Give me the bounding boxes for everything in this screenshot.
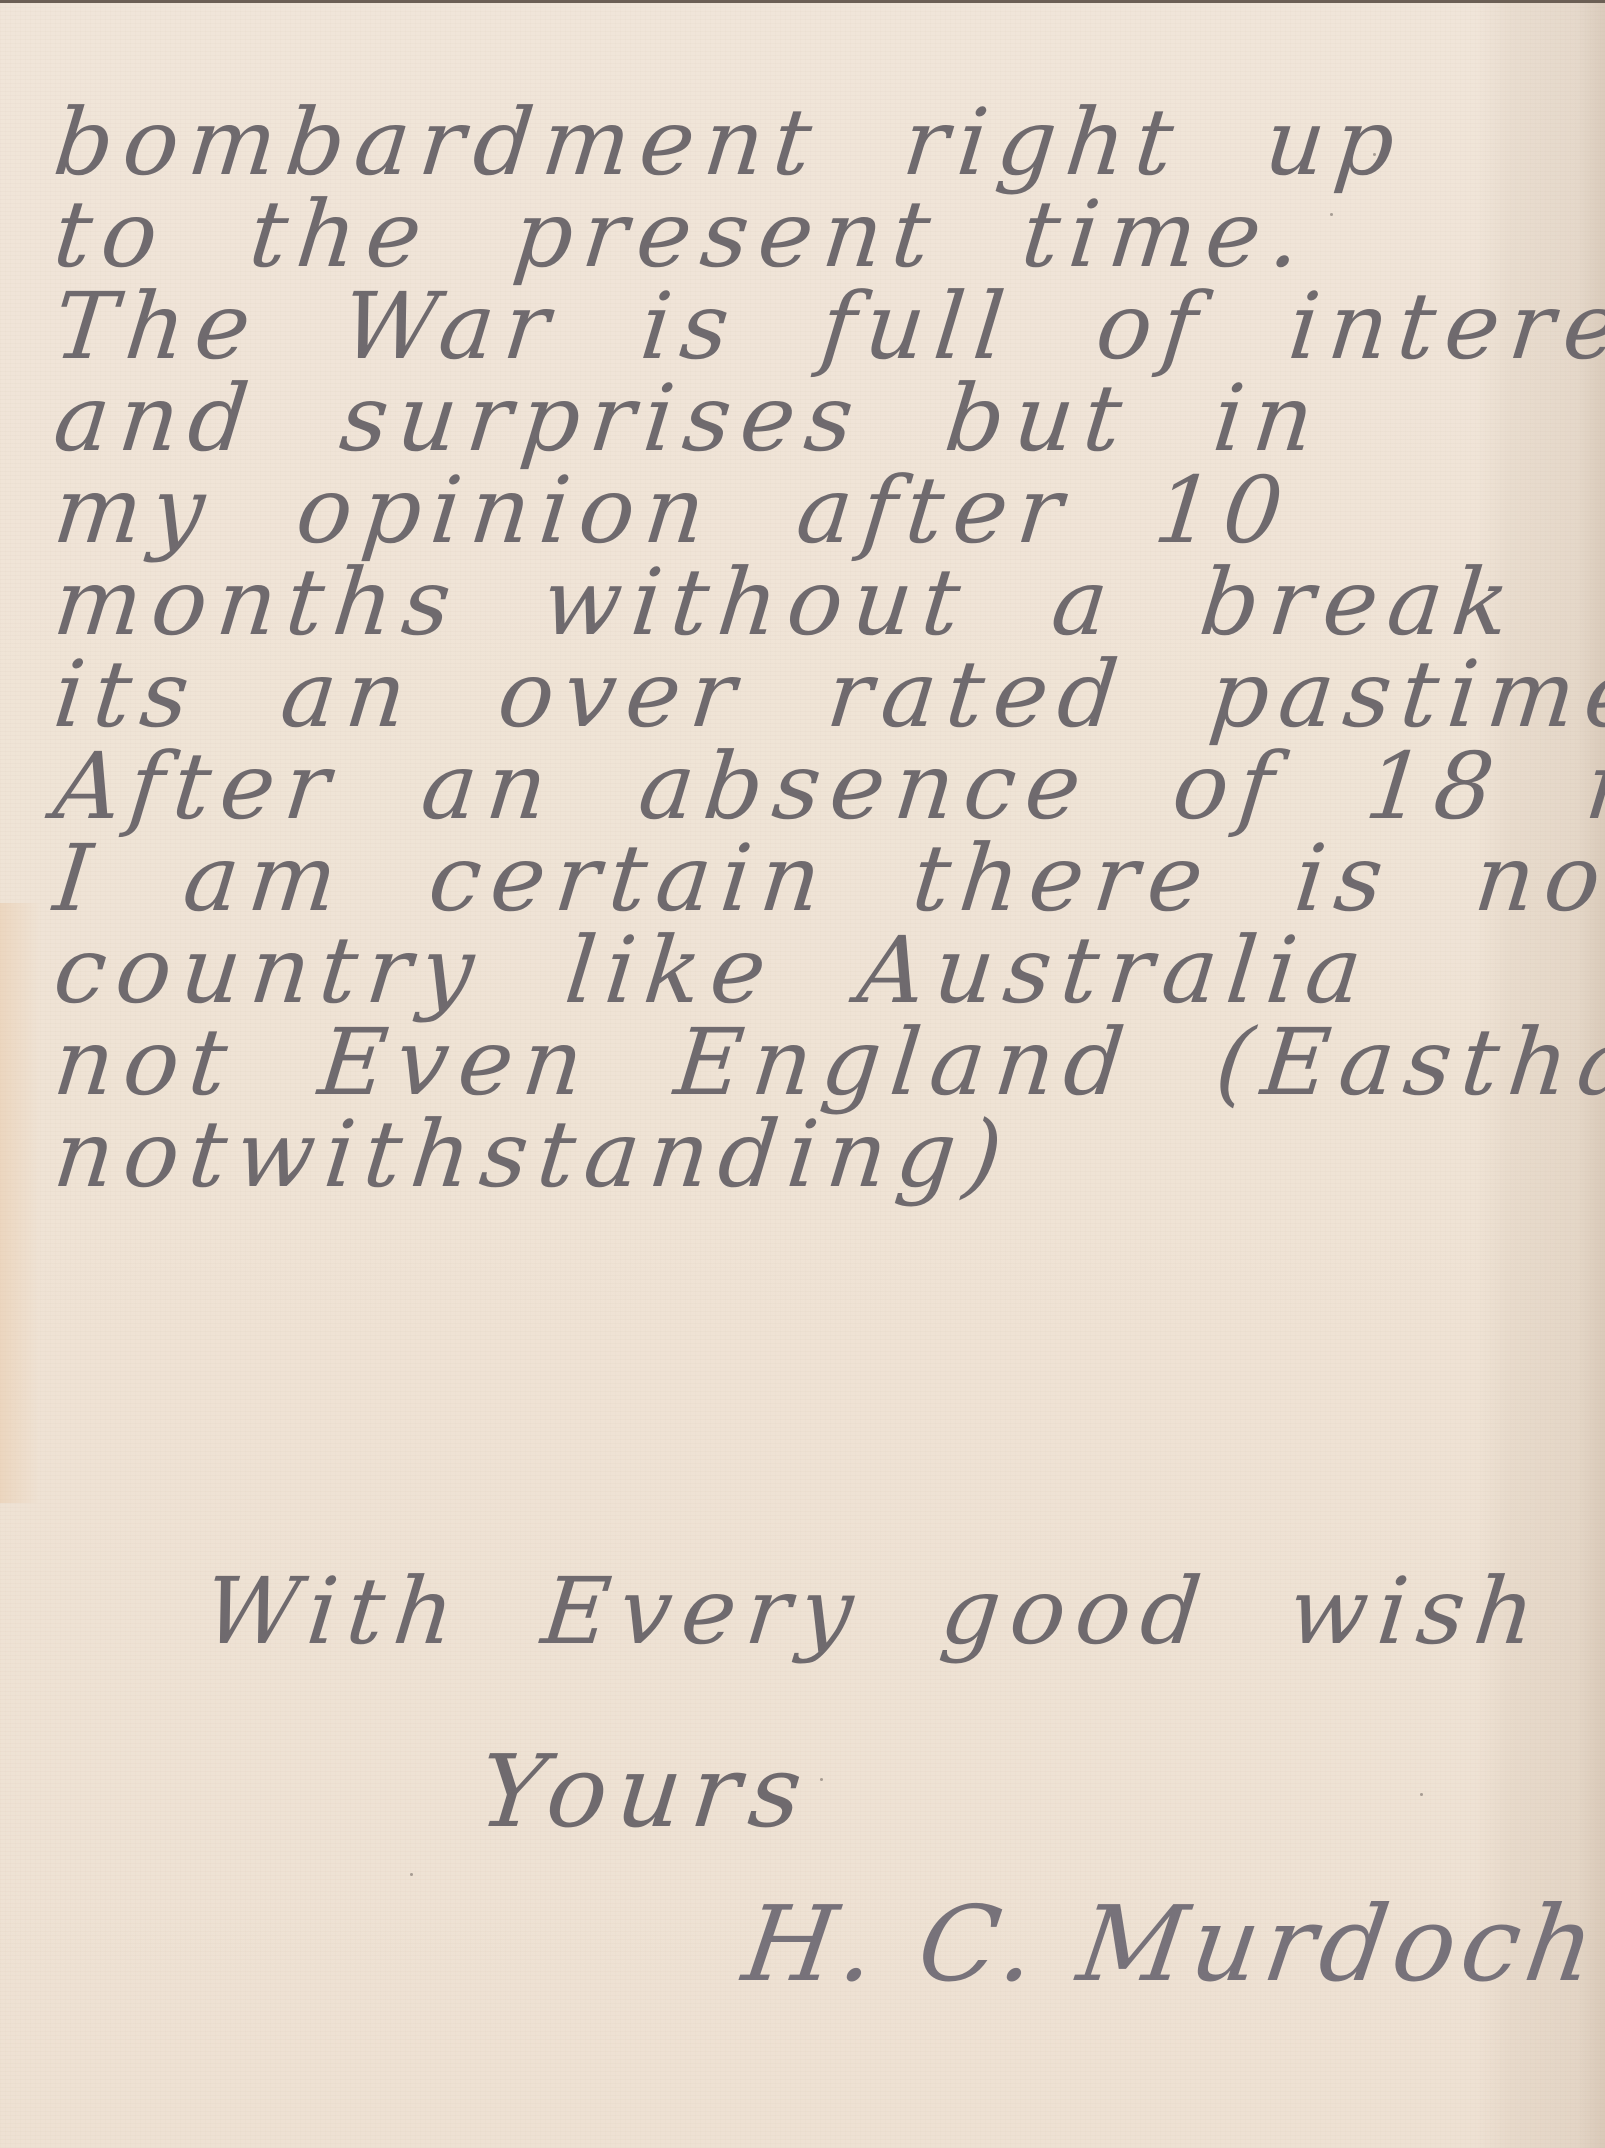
letter-body: bombardment right up to the present time…: [50, 98, 1550, 1202]
paper-speck: [1373, 153, 1376, 156]
letter-page: bombardment right up to the present time…: [0, 0, 1605, 2148]
paper-speck: [410, 1873, 413, 1876]
paper-speck: [820, 1778, 823, 1781]
letter-line: months without a break: [50, 558, 1559, 648]
letter-line: and surprises but in: [50, 374, 1559, 464]
closing-wish: With Every good wish: [199, 1558, 1549, 1665]
letter-line: not Even England (Easthaugh: [50, 1018, 1559, 1108]
letter-line: bombardment right up: [50, 98, 1559, 188]
letter-line: The War is full of interest: [50, 282, 1559, 372]
letter-line: to the present time.: [50, 190, 1559, 280]
signature: H. C. Murdoch: [736, 1883, 1605, 2005]
letter-line: After an absence of 18 months: [50, 742, 1559, 832]
letter-line: my opinion after 10: [50, 466, 1559, 556]
letter-line: I am certain there is no: [50, 834, 1559, 924]
paper-stain: [0, 903, 40, 1503]
letter-line: its an over rated pastime.: [50, 650, 1559, 740]
paper-speck: [1330, 213, 1333, 216]
letter-line: notwithstanding): [50, 1110, 1559, 1200]
paper-speck: [1420, 1793, 1423, 1796]
closing-yours: Yours: [474, 1733, 817, 1850]
letter-line: country like Australia: [50, 926, 1559, 1016]
